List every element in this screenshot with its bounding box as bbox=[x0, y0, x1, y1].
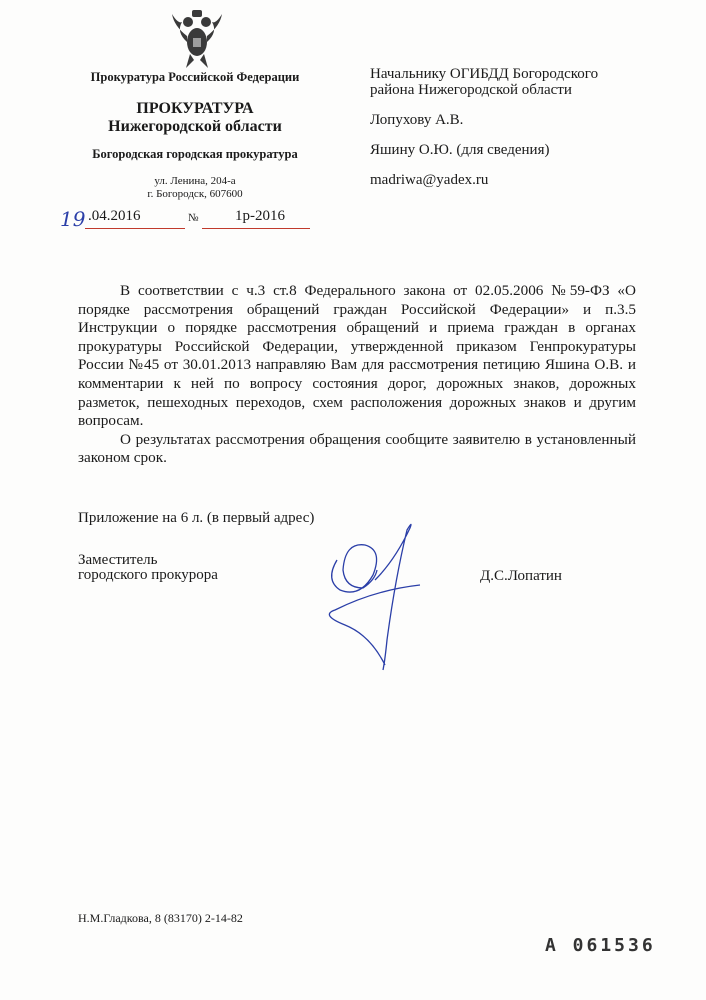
body-paragraph-1: В соответствии с ч.3 ст.8 Федерального з… bbox=[78, 282, 636, 431]
address-line1: ул. Ленина, 204-а bbox=[70, 175, 320, 188]
address-line2: г. Богородск, 607600 bbox=[70, 188, 320, 201]
recipient-line1: Начальнику ОГИБДД Богородского bbox=[370, 66, 598, 82]
body-paragraph-2: О результатах рассмотрения обращения соо… bbox=[78, 431, 636, 468]
org-main-line2: Нижегородской области bbox=[70, 118, 320, 136]
org-top-title: Прокуратура Российской Федерации bbox=[70, 70, 320, 85]
org-main-title: ПРОКУРАТУРА Нижегородской области bbox=[70, 100, 320, 136]
date-number-line: 19 .04.2016 № 1р-2016 bbox=[60, 207, 310, 229]
date-underline bbox=[85, 228, 185, 229]
double-headed-eagle-icon bbox=[168, 8, 226, 72]
handwritten-day: 19 bbox=[60, 207, 85, 231]
recipient-cc: Яшину О.Ю. (для сведения) bbox=[370, 142, 598, 158]
document-number: 1р-2016 bbox=[235, 208, 285, 225]
serial-number: А 061536 bbox=[545, 935, 656, 956]
number-underline bbox=[202, 228, 310, 229]
signatory-title: Заместитель городского прокурора bbox=[78, 553, 218, 583]
org-address: ул. Ленина, 204-а г. Богородск, 607600 bbox=[70, 175, 320, 201]
recipient-block: Начальнику ОГИБДД Богородского района Ни… bbox=[370, 66, 598, 188]
signatory-title-line2: городского прокурора bbox=[78, 568, 218, 583]
org-main-line1: ПРОКУРАТУРА bbox=[70, 100, 320, 118]
recipient-line2: района Нижегородской области bbox=[370, 82, 598, 98]
recipient-email: madriwa@yadex.ru bbox=[370, 172, 598, 188]
printed-date: .04.2016 bbox=[88, 208, 141, 225]
recipient-name: Лопухову А.В. bbox=[370, 112, 598, 128]
signatory-name: Д.С.Лопатин bbox=[480, 568, 562, 585]
letter-body: В соответствии с ч.3 ст.8 Федерального з… bbox=[78, 282, 636, 468]
org-sub-title: Богородская городская прокуратура bbox=[70, 147, 320, 162]
number-label: № bbox=[188, 212, 199, 224]
attachment-note: Приложение на 6 л. (в первый адрес) bbox=[78, 510, 314, 527]
executor-contact: Н.М.Гладкова, 8 (83170) 2-14-82 bbox=[78, 911, 243, 926]
signatory-title-line1: Заместитель bbox=[78, 553, 218, 568]
handwritten-signature-icon bbox=[315, 520, 445, 680]
